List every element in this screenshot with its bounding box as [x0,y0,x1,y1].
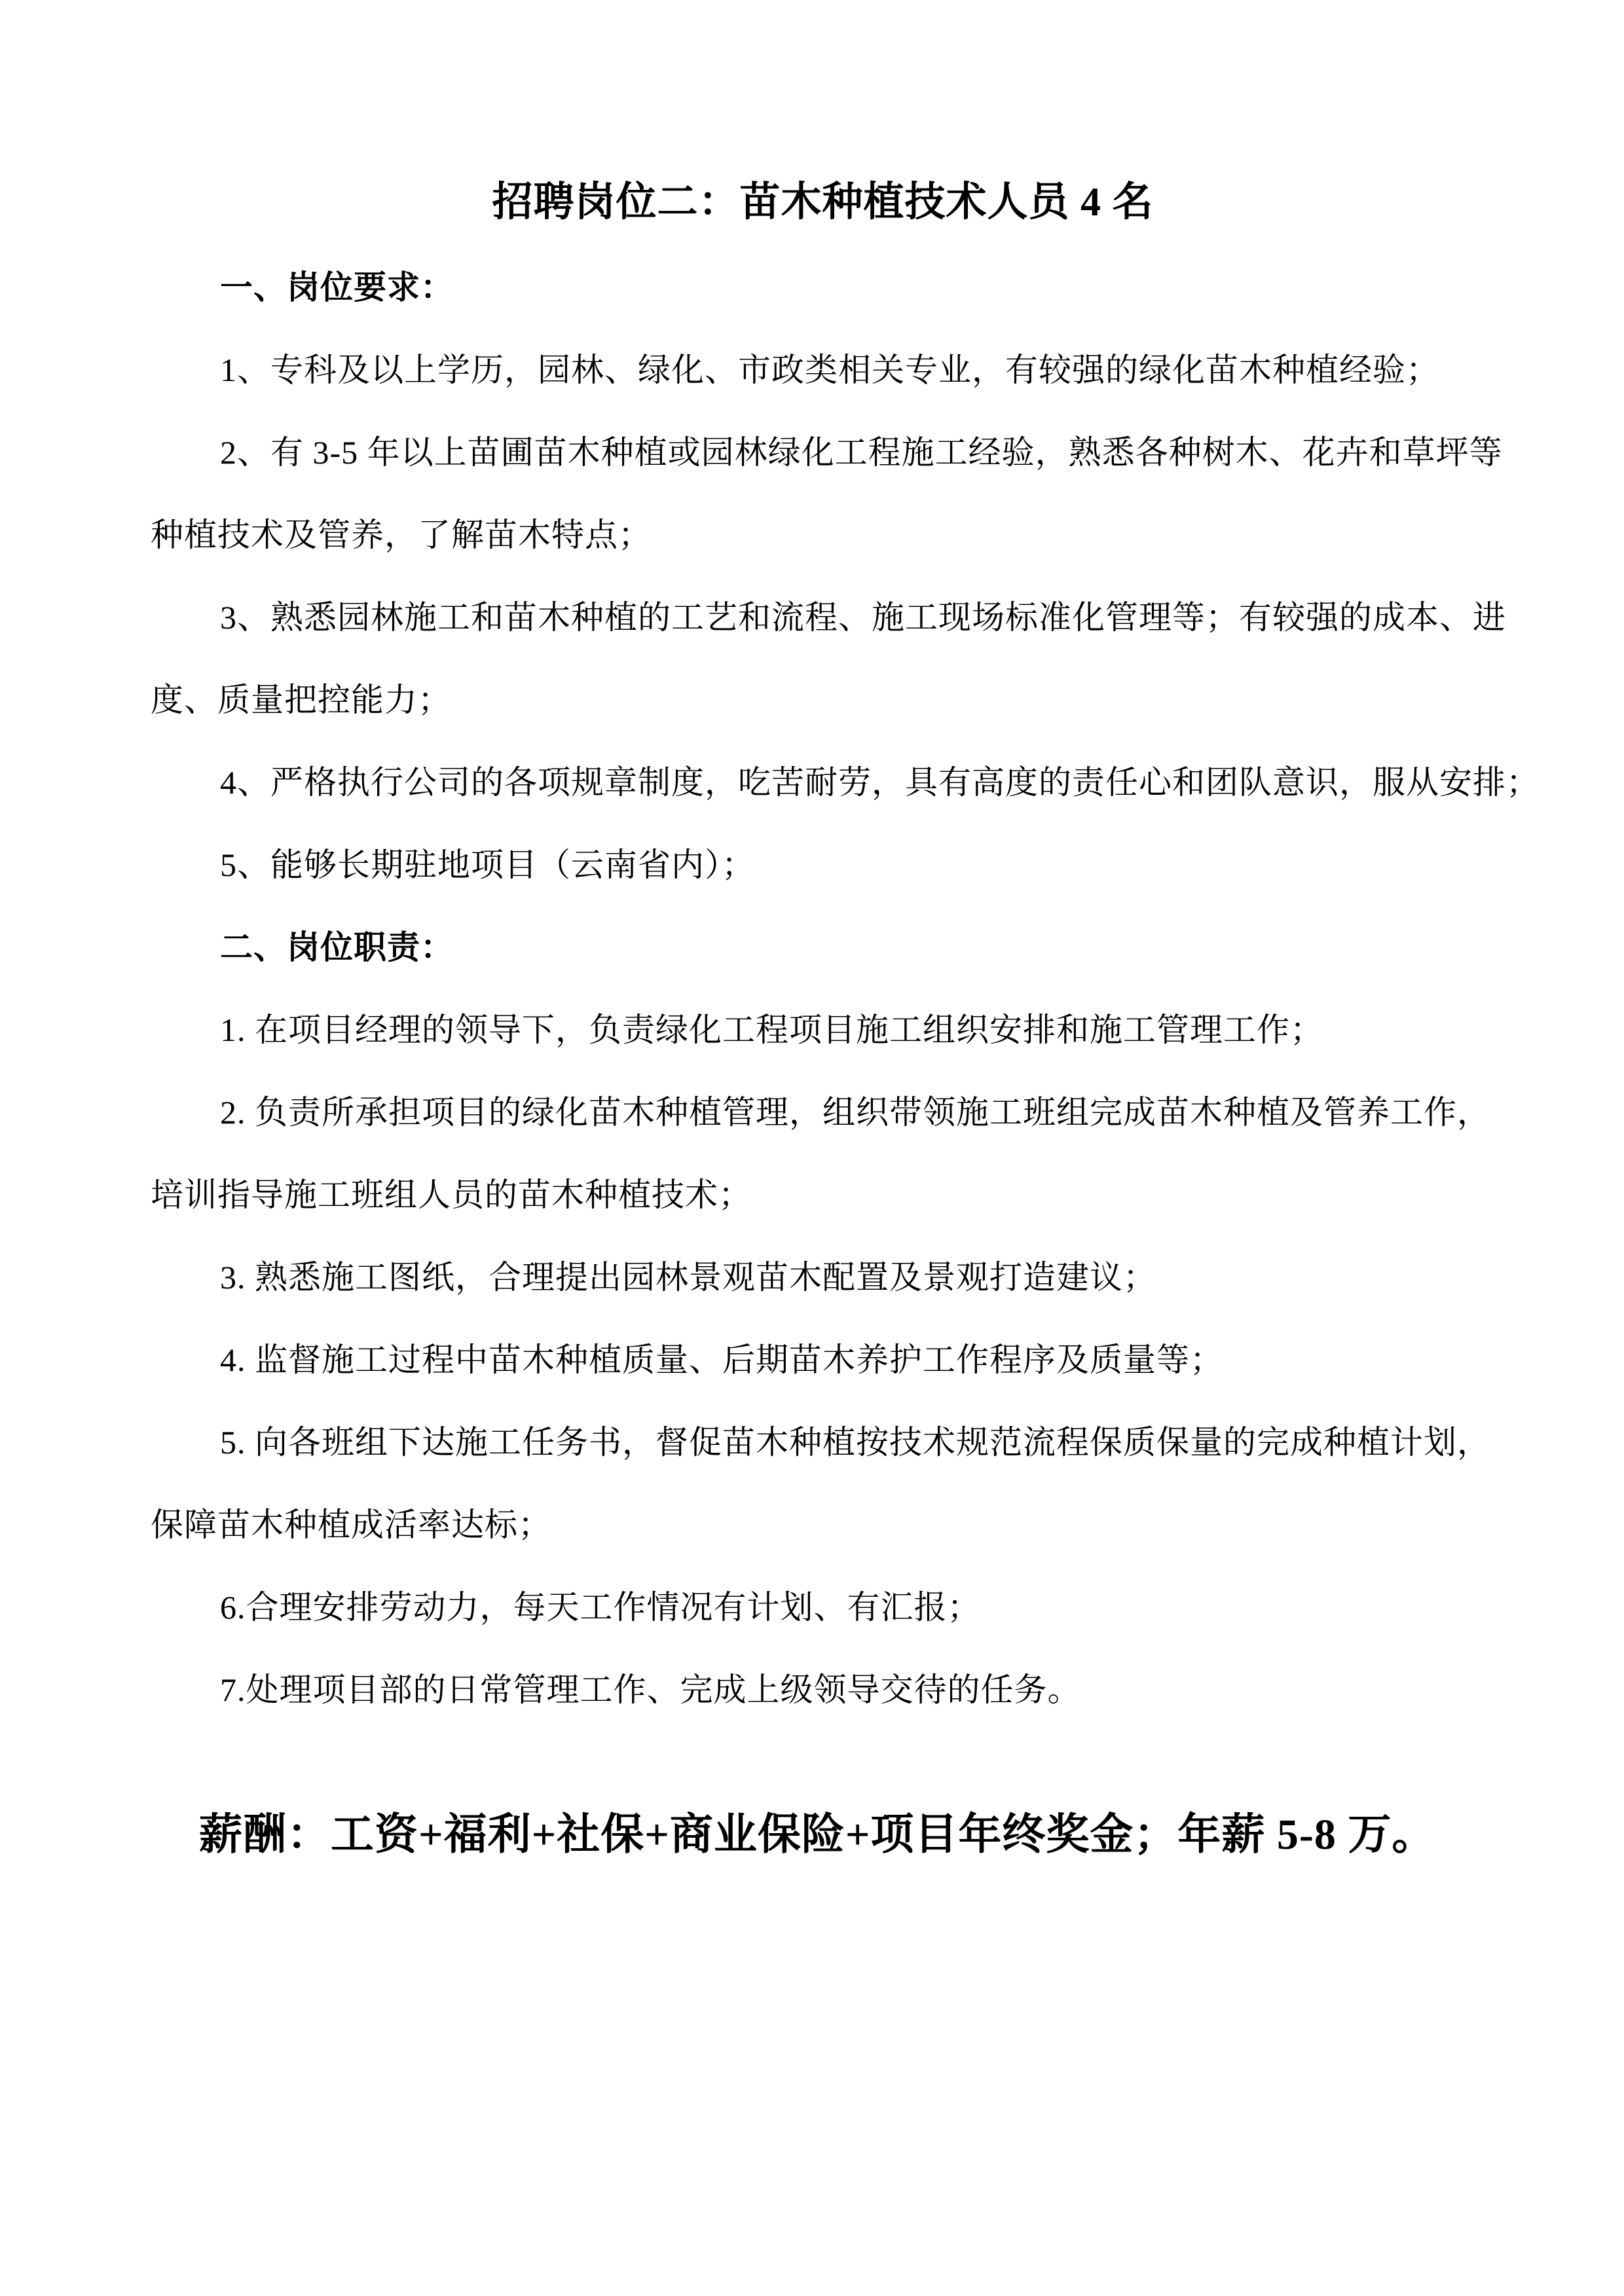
text-line: 保障苗木种植成活率达标； [151,1484,1495,1566]
document-body-lines: 一、岗位要求：1、专科及以上学历，园林、绿化、市政类相关专业，有较强的绿化苗木种… [151,246,1495,1731]
salary-line: 薪酬：工资+福利+社保+商业保险+项目年终奖金；年薪 5-8 万。 [199,1805,1435,1865]
text-line: 2、有 3-5 年以上苗圃苗木种植或园林绿化工程施工经验，熟悉各种树木、花卉和草… [151,411,1495,494]
text-line: 7.处理项目部的日常管理工作、完成上级领导交待的任务。 [151,1649,1495,1731]
document-page: 招聘岗位二：苗木种植技术人员 4 名 一、岗位要求：1、专科及以上学历，园林、绿… [0,0,1624,2296]
text-line: 1. 在项目经理的领导下，负责绿化工程项目施工组织安排和施工管理工作； [151,989,1495,1071]
text-line: 3、熟悉园林施工和苗木种植的工艺和流程、施工现场标准化管理等；有较强的成本、进 [151,576,1495,659]
text-line: 种植技术及管养，了解苗木特点； [151,494,1495,576]
document-title: 招聘岗位二：苗木种植技术人员 4 名 [151,169,1495,227]
text-line: 2. 负责所承担项目的绿化苗木种植管理，组织带领施工班组完成苗木种植及管养工作， [151,1071,1495,1154]
text-line: 1、专科及以上学历，园林、绿化、市政类相关专业，有较强的绿化苗木种植经验； [151,329,1495,411]
text-line: 3. 熟悉施工图纸，合理提出园林景观苗木配置及景观打造建议； [151,1236,1495,1319]
text-line: 6.合理安排劳动力，每天工作情况有计划、有汇报； [151,1566,1495,1649]
text-line: 5. 向各班组下达施工任务书，督促苗木种植按技术规范流程保质保量的完成种植计划， [151,1401,1495,1484]
text-line: 培训指导施工班组人员的苗木种植技术； [151,1154,1495,1236]
section-heading: 二、岗位职责： [151,906,1495,989]
text-line: 5、能够长期驻地项目（云南省内）； [151,824,1495,906]
text-line: 4. 监督施工过程中苗木种植质量、后期苗木养护工作程序及质量等； [151,1319,1495,1401]
text-line: 度、质量把控能力； [151,659,1495,741]
section-heading: 一、岗位要求： [151,246,1495,329]
text-line: 4、严格执行公司的各项规章制度，吃苦耐劳，具有高度的责任心和团队意识，服从安排； [151,741,1495,824]
